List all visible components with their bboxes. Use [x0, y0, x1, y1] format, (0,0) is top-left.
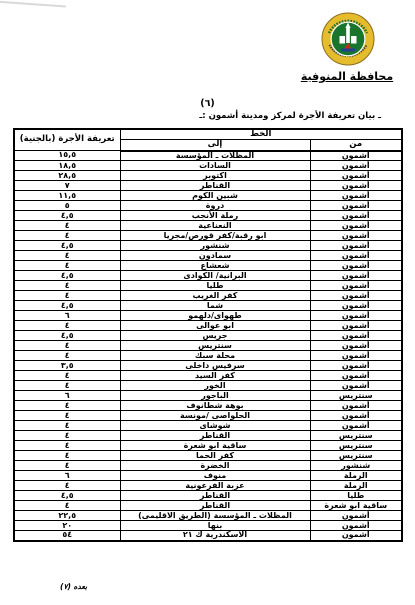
fare-cell: ٤: [14, 441, 120, 451]
fare-row: الرملةمنوف٦: [14, 471, 402, 481]
from-cell: أشمون: [310, 161, 402, 171]
to-cell: شما: [120, 301, 310, 311]
from-cell: الرملة: [310, 471, 402, 481]
fare-cell: ٦: [14, 471, 120, 481]
fare-row: شنشورالخضرة٤: [14, 461, 402, 471]
from-cell: سنتريس: [310, 391, 402, 401]
from-cell: أشمون: [310, 171, 402, 181]
to-cell: كفر الحما: [120, 451, 310, 461]
from-cell: أشمون: [310, 381, 402, 391]
to-cell: شوشاى: [120, 421, 310, 431]
to-cell: شنشور: [120, 241, 310, 251]
fare-cell: ٤: [14, 281, 120, 291]
from-cell: شنشور: [310, 461, 402, 471]
fare-cell: ٤,٥: [14, 241, 120, 251]
fare-cell: ٤: [14, 431, 120, 441]
from-column-header: من: [310, 140, 402, 151]
from-cell: أشمون: [310, 181, 402, 191]
fare-row: أشمونالقناطر٧: [14, 181, 402, 191]
fare-row: أشمونرملة الأنجب٤,٥: [14, 211, 402, 221]
fare-row: أشمونشوشاى٤: [14, 421, 402, 431]
fare-cell: ٤: [14, 381, 120, 391]
fare-row: أشموناكتوبر٢٨,٥: [14, 171, 402, 181]
header-row-line: الخط تعريفة الأجرة (بالجنية): [14, 129, 402, 140]
from-cell: أشمون: [310, 521, 402, 531]
to-cell: السادات: [120, 161, 310, 171]
to-cell: ساقية ابو شعرة: [120, 441, 310, 451]
fare-row: أشمونالاسكندرية ك ٢١٥٤: [14, 531, 402, 541]
from-cell: سنتريس: [310, 451, 402, 461]
from-cell: سنتريس: [310, 441, 402, 451]
fare-cell: ٤: [14, 461, 120, 471]
fare-row: أشمونالبرانية/ الكوادى٤,٥: [14, 271, 402, 281]
to-cell: عزبة الفرعونية: [120, 481, 310, 491]
from-cell: أشمون: [310, 311, 402, 321]
fare-row: أشمونالخور٤: [14, 381, 402, 391]
fare-row: أشمونالحلواصى /مونسة٤: [14, 411, 402, 421]
fare-row: أشمونجريس٤,٥: [14, 331, 402, 341]
to-cell: دروة: [120, 201, 310, 211]
to-cell: اكتوبر: [120, 171, 310, 181]
fare-cell: ٤,٥: [14, 271, 120, 281]
from-cell: سنتريس: [310, 431, 402, 441]
fare-cell: ٤: [14, 501, 120, 511]
fare-row: أشمونسمادون٤: [14, 251, 402, 261]
fare-row: أشمونابو رقبة/كفر قورص/مجريا٤: [14, 231, 402, 241]
fare-cell: ٤: [14, 251, 120, 261]
fare-row: سنتريسكفر الحما٤: [14, 451, 402, 461]
from-cell: أشمون: [310, 511, 402, 521]
fare-cell: ٤: [14, 371, 120, 381]
from-cell: الرملة: [310, 481, 402, 491]
fare-cell: ٤,٥: [14, 301, 120, 311]
fare-cell: ٤: [14, 411, 120, 421]
fare-row: أشمونالمظلات ـ المؤسسة (الطريق الاقليمى)…: [14, 511, 402, 521]
from-cell: أشمون: [310, 351, 402, 361]
to-cell: بنها: [120, 521, 310, 531]
from-cell: أشمون: [310, 201, 402, 211]
to-cell: البرانية/ الكوادى: [120, 271, 310, 281]
document-page: محافظة المنوفية (٦) ـ بيان تعريفة الأجرة…: [0, 0, 415, 605]
fare-cell: ٢٨,٥: [14, 171, 120, 181]
fare-row: أشمونالسادات١٨,٥: [14, 161, 402, 171]
fare-cell: ٤: [14, 221, 120, 231]
fare-row: سنتريسالباجور٦: [14, 391, 402, 401]
fare-row: سنتريسساقية ابو شعرة٤: [14, 441, 402, 451]
fare-cell: ٤: [14, 341, 120, 351]
to-cell: سرفيس داخلى: [120, 361, 310, 371]
from-cell: أشمون: [310, 531, 402, 541]
fare-row: الرملةعزبة الفرعونية٤: [14, 481, 402, 491]
fare-cell: ٢٠: [14, 521, 120, 531]
fare-cell: ٤,٥: [14, 491, 120, 501]
fare-row: ساقية ابو شعرةالقناطر٤: [14, 501, 402, 511]
fare-cell: ٤: [14, 291, 120, 301]
fare-cell: ٤: [14, 481, 120, 491]
fare-row: أشمونبنها٢٠: [14, 521, 402, 531]
to-cell: منوف: [120, 471, 310, 481]
from-cell: أشمون: [310, 211, 402, 221]
from-cell: أشمون: [310, 301, 402, 311]
to-cell: محلة سبك: [120, 351, 310, 361]
from-cell: ساقية ابو شعرة: [310, 501, 402, 511]
to-cell: القناطر: [120, 501, 310, 511]
fare-cell: ٦: [14, 391, 120, 401]
fare-cell: ٧: [14, 181, 120, 191]
fare-cell: ٤: [14, 421, 120, 431]
to-cell: جريس: [120, 331, 310, 341]
from-cell: أشمون: [310, 231, 402, 241]
from-cell: أشمون: [310, 221, 402, 231]
fare-table-body: أشمونالمظلات ـ المؤسسة١٥,٥أشمونالسادات١٨…: [14, 151, 402, 542]
to-cell: الخور: [120, 381, 310, 391]
to-cell: رملة الأنجب: [120, 211, 310, 221]
from-cell: أشمون: [310, 421, 402, 431]
fare-row: أشمونطليا٤: [14, 281, 402, 291]
fare-cell: ٣,٥: [14, 361, 120, 371]
fare-row: أشمونكفر السيد٤: [14, 371, 402, 381]
fare-cell: ٥: [14, 201, 120, 211]
from-cell: أشمون: [310, 401, 402, 411]
to-cell: الحلواصى /مونسة: [120, 411, 310, 421]
from-cell: أشمون: [310, 251, 402, 261]
fare-row: أشمونبوهة شطانوف٤: [14, 401, 402, 411]
fare-column-header: تعريفة الأجرة (بالجنية): [14, 129, 120, 151]
from-cell: أشمون: [310, 331, 402, 341]
fare-row: أشمونالمظلات ـ المؤسسة١٥,٥: [14, 151, 402, 161]
fare-row: أشمونمحلة سبك٤: [14, 351, 402, 361]
to-cell: القناطر: [120, 431, 310, 441]
to-cell: ابو رقبة/كفر قورص/مجريا: [120, 231, 310, 241]
from-cell: أشمون: [310, 321, 402, 331]
to-cell: القناطر: [120, 181, 310, 191]
to-cell: النعناعية: [120, 221, 310, 231]
emblem-graphic: [321, 12, 375, 66]
fare-row: أشمونشما٤,٥: [14, 301, 402, 311]
from-cell: طليا: [310, 491, 402, 501]
fare-cell: ١٨,٥: [14, 161, 120, 171]
fare-cell: ٤: [14, 231, 120, 241]
from-cell: أشمون: [310, 241, 402, 251]
menoufia-governorate-emblem-icon: [321, 12, 375, 66]
from-cell: أشمون: [310, 341, 402, 351]
fare-row: أشمونابو عوالى٤: [14, 321, 402, 331]
line-group-header: الخط: [120, 129, 402, 140]
fare-row: أشمونالنعناعية٤: [14, 221, 402, 231]
to-cell: المظلات ـ المؤسسة: [120, 151, 310, 161]
fare-cell: ٢٢,٥: [14, 511, 120, 521]
fare-row: أشمونسنتريس٤: [14, 341, 402, 351]
to-cell: طهواى/دلهمو: [120, 311, 310, 321]
from-cell: أشمون: [310, 291, 402, 301]
fare-row: أشمونطهواى/دلهمو٦: [14, 311, 402, 321]
to-cell: سنتريس: [120, 341, 310, 351]
from-cell: أشمون: [310, 281, 402, 291]
to-cell: شبين الكوم: [120, 191, 310, 201]
scan-artifact-line: [0, 0, 66, 7]
to-cell: طليا: [120, 281, 310, 291]
from-cell: أشمون: [310, 261, 402, 271]
from-cell: أشمون: [310, 361, 402, 371]
fare-row: أشمونشنشور٤,٥: [14, 241, 402, 251]
to-cell: سمادون: [120, 251, 310, 261]
fare-cell: ٤,٥: [14, 211, 120, 221]
to-cell: بوهة شطانوف: [120, 401, 310, 411]
to-cell: شعشاع: [120, 261, 310, 271]
from-cell: أشمون: [310, 191, 402, 201]
to-cell: الباجور: [120, 391, 310, 401]
fare-cell: ١٥,٥: [14, 151, 120, 161]
fare-row: طلياالقناطر٤,٥: [14, 491, 402, 501]
fare-row: أشمونشعشاع٤: [14, 261, 402, 271]
to-cell: الاسكندرية ك ٢١: [120, 531, 310, 541]
fare-cell: ٤,٥: [14, 331, 120, 341]
fare-table-header: الخط تعريفة الأجرة (بالجنية) من إلى: [14, 129, 402, 151]
fare-cell: ٤: [14, 351, 120, 361]
to-cell: الخضرة: [120, 461, 310, 471]
to-cell: المظلات ـ المؤسسة (الطريق الاقليمى): [120, 511, 310, 521]
fare-cell: ٤: [14, 401, 120, 411]
fare-cell: ٤: [14, 451, 120, 461]
fare-cell: ٦: [14, 311, 120, 321]
from-cell: أشمون: [310, 371, 402, 381]
fare-row: أشمونسرفيس داخلى٣,٥: [14, 361, 402, 371]
to-column-header: إلى: [120, 140, 310, 151]
continuation-note: بعده (٧): [60, 582, 87, 591]
to-cell: ابو عوالى: [120, 321, 310, 331]
fare-cell: ٥٤: [14, 531, 120, 541]
fare-cell: ٤: [14, 321, 120, 331]
fare-cell: ١١,٥: [14, 191, 120, 201]
fare-row: أشمونشبين الكوم١١,٥: [14, 191, 402, 201]
page-number: (٦): [0, 98, 415, 109]
from-cell: أشمون: [310, 151, 402, 161]
fare-row: أشموندروة٥: [14, 201, 402, 211]
fare-cell: ٤: [14, 261, 120, 271]
to-cell: كفر الغريب: [120, 291, 310, 301]
from-cell: أشمون: [310, 271, 402, 281]
from-cell: أشمون: [310, 411, 402, 421]
governorate-title: محافظة المنوفية: [283, 70, 411, 83]
fare-row: أشمونكفر الغريب٤: [14, 291, 402, 301]
fare-table: الخط تعريفة الأجرة (بالجنية) من إلى أشمو…: [13, 128, 403, 542]
to-cell: كفر السيد: [120, 371, 310, 381]
to-cell: القناطر: [120, 491, 310, 501]
intro-line: ـ بيان تعريفة الأجرة لمركز ومدينة أشمون …: [199, 111, 381, 121]
fare-row: سنتريسالقناطر٤: [14, 431, 402, 441]
